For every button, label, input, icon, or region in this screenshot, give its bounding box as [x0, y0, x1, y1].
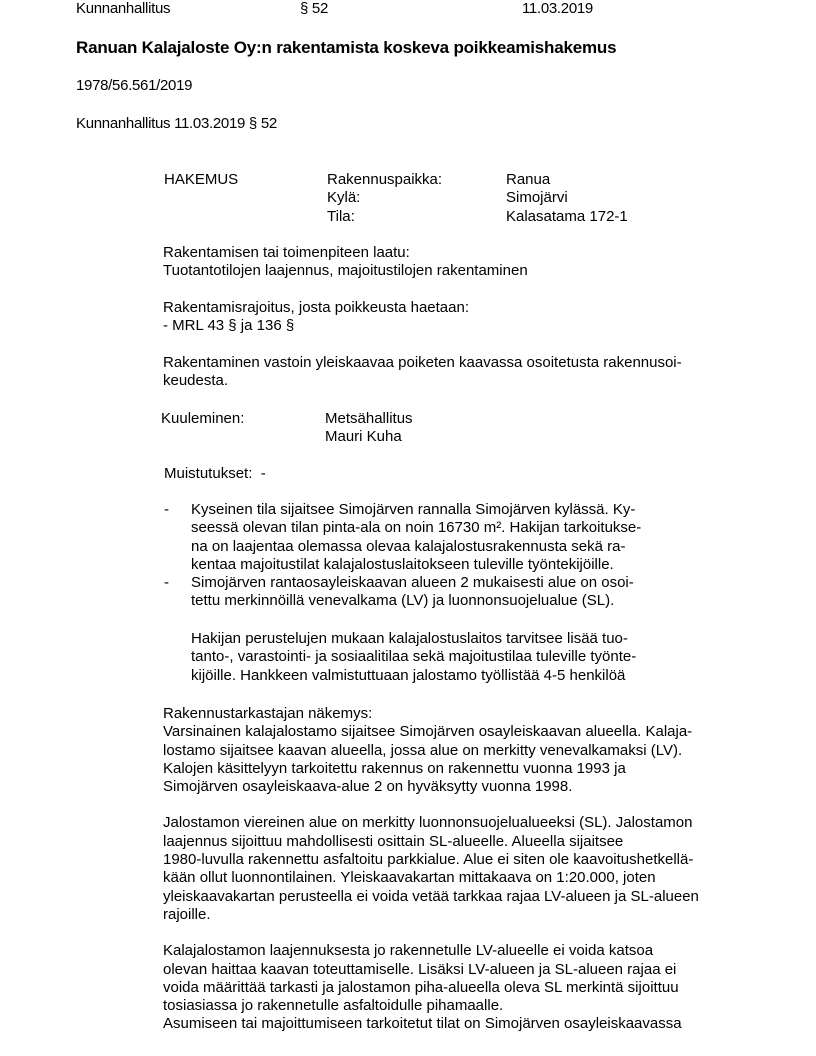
inspector-line: Kalojen käsittelyyn tarkoitettu rakennus…: [163, 760, 699, 778]
header-date: 11.03.2019: [522, 0, 593, 17]
bullet-item: - Simojärven rantaosayleiskaavan alueen …: [164, 574, 724, 611]
nature-label: Rakentamisen tai toimenpiteen laatu:: [163, 244, 528, 262]
remarks-label: Muistutukset:: [164, 465, 252, 482]
justification-line: kijöille. Hankkeen valmistuttuaan jalost…: [191, 667, 636, 685]
inspector-line: kään ollut luonnontilainen. Yleiskaavaka…: [163, 869, 699, 887]
reference-number: 1978/56.561/2019: [76, 77, 192, 94]
deviation-text: Rakentaminen vastoin yleiskaavaa poikete…: [163, 354, 682, 391]
bullet-line: Kyseinen tila sijaitsee Simojärven ranna…: [191, 501, 724, 519]
application-heading: HAKEMUS: [164, 171, 238, 189]
bullet-line: kentaa majoitustilat kalajalostuslaitoks…: [191, 556, 724, 574]
restriction-value: - MRL 43 § ja 136 §: [163, 317, 469, 335]
inspector-line: Asumiseen tai majoittumiseen tarkoitetut…: [163, 1015, 699, 1033]
inspector-line: tosiasiassa jo rakennetulle asfaltoidull…: [163, 997, 699, 1015]
header-organ: Kunnanhallitus: [76, 0, 170, 17]
hearing-label: Kuuleminen:: [161, 410, 244, 428]
remarks: Muistutukset: -: [164, 465, 266, 483]
inspector-line: voida määrittää tarkasti ja jalostamon p…: [163, 979, 699, 997]
justification-line: tanto-, varastointi- ja sosiaalitilaa se…: [191, 648, 636, 666]
field-label-village: Kylä:: [327, 189, 442, 207]
justification: Hakijan perustelujen mukaan kalajalostus…: [191, 630, 636, 685]
header-section: § 52: [300, 0, 328, 17]
nature-value: Tuotantotilojen laajennus, majoitustiloj…: [163, 262, 528, 280]
bullet-dash: -: [164, 574, 169, 592]
inspector-line: Varsinainen kalajalostamo sijaitsee Simo…: [163, 723, 699, 741]
field-value-village: Simojärvi: [506, 189, 628, 207]
remarks-value: -: [261, 465, 266, 482]
field-label-estate: Tila:: [327, 208, 442, 226]
hearing-party: Metsähallitus: [325, 410, 413, 428]
field-value-site: Ranua: [506, 171, 628, 189]
justification-line: Hakijan perustelujen mukaan kalajalostus…: [191, 630, 636, 648]
field-value-estate: Kalasatama 172-1: [506, 208, 628, 226]
application-values: Ranua Simojärvi Kalasatama 172-1: [506, 171, 628, 226]
deviation-line: keudesta.: [163, 372, 682, 390]
inspector-line: yleiskaavakartan perusteella ei voida ve…: [163, 888, 699, 906]
field-label-site: Rakennuspaikka:: [327, 171, 442, 189]
document-title: Ranuan Kalajaloste Oy:n rakentamista kos…: [76, 38, 616, 58]
inspector-line: Jalostamon viereinen alue on merkitty lu…: [163, 814, 699, 832]
inspector-line: lostamo sijaitsee kaavan alueella, jossa…: [163, 742, 699, 760]
restriction-label: Rakentamisrajoitus, josta poikkeusta hae…: [163, 299, 469, 317]
inspector-line: Simojärven osayleiskaava-alue 2 on hyväk…: [163, 778, 699, 796]
inspector-line: rajoille.: [163, 906, 699, 924]
inspector-line: olevan haittaa kaavan toteuttamiselle. L…: [163, 961, 699, 979]
inspector-view-label: Rakennustarkastajan näkemys:: [163, 705, 699, 723]
inspector-line: laajennus sijoittuu mahdollisesti ositta…: [163, 833, 699, 851]
inspector-line: 1980-luvulla rakennettu asfaltoitu parkk…: [163, 851, 699, 869]
bullet-item: - Kyseinen tila sijaitsee Simojärven ran…: [164, 501, 724, 574]
deviation-line: Rakentaminen vastoin yleiskaavaa poikete…: [163, 354, 682, 372]
bullet-line: tettu merkinnöillä venevalkama (LV) ja l…: [191, 592, 724, 610]
bullet-line: Simojärven rantaosayleiskaavan alueen 2 …: [191, 574, 724, 592]
bullet-line: na on laajentaa olemassa olevaa kalajalo…: [191, 538, 724, 556]
hearing-party: Mauri Kuha: [325, 428, 413, 446]
inspector-view: Rakennustarkastajan näkemys: Varsinainen…: [163, 705, 699, 1034]
restriction-section: Rakentamisrajoitus, josta poikkeusta hae…: [163, 299, 469, 336]
meeting-reference: Kunnanhallitus 11.03.2019 § 52: [76, 115, 277, 132]
bullet-line: seessä olevan tilan pinta-ala on noin 16…: [191, 519, 724, 537]
hearing-parties: Metsähallitus Mauri Kuha: [325, 410, 413, 447]
inspector-line: Kalajalostamon laajennuksesta jo rakenne…: [163, 942, 699, 960]
application-labels: Rakennuspaikka: Kylä: Tila:: [327, 171, 442, 226]
bullet-dash: -: [164, 501, 169, 519]
nature-section: Rakentamisen tai toimenpiteen laatu: Tuo…: [163, 244, 528, 281]
bullet-list: - Kyseinen tila sijaitsee Simojärven ran…: [164, 501, 724, 611]
